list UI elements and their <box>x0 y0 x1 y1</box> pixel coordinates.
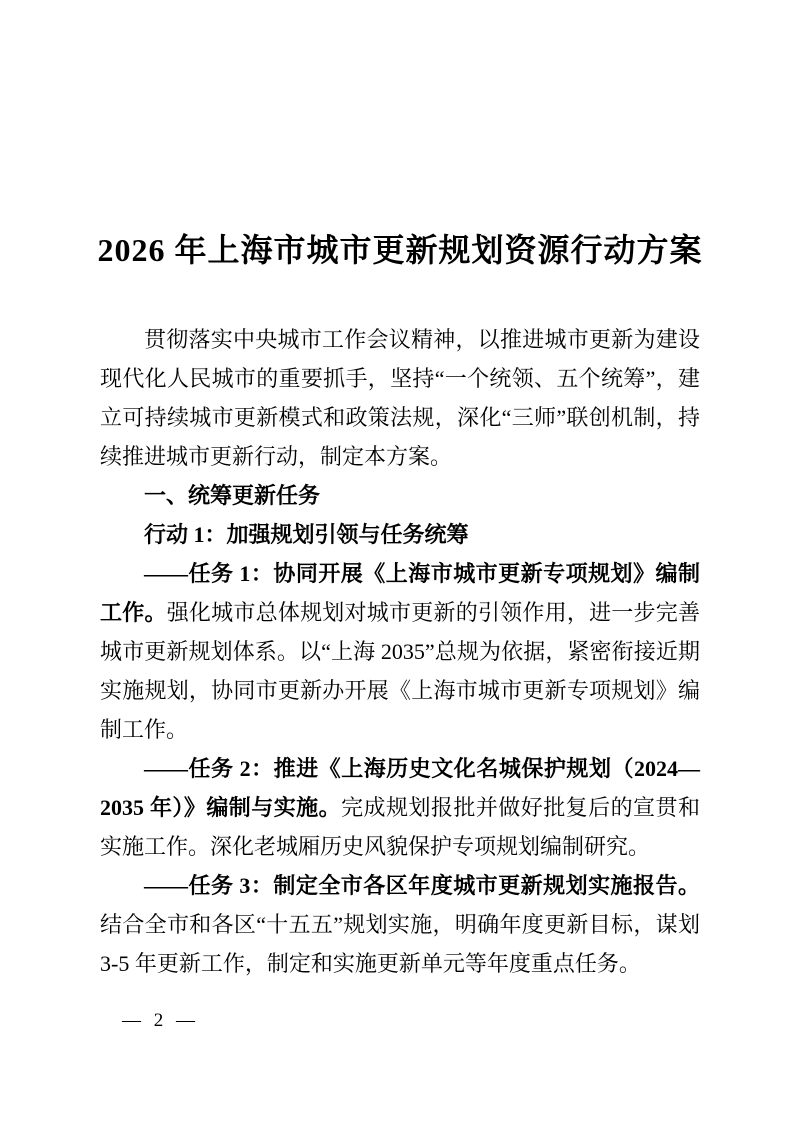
page-number: — 2 — <box>122 1008 199 1034</box>
task-1-body: 强化城市总体规划对城市更新的引领作用，进一步完善城市更新规划体系。以“上海 20… <box>100 600 700 742</box>
document-page: 2026 年上海市城市更新规划资源行动方案 贯彻落实中央城市工作会议精神，以推进… <box>0 0 800 1132</box>
task-paragraph-2: ——任务 2：推进《上海历史文化名城保护规划（2024—2035 年）》编制与实… <box>100 749 700 866</box>
task-paragraph-1: ——任务 1：协同开展《上海市城市更新专项规划》编制工作。强化城市总体规划对城市… <box>100 554 700 749</box>
document-title: 2026 年上海市城市更新规划资源行动方案 <box>0 228 800 272</box>
task-paragraph-3: ——任务 3：制定全市各区年度城市更新规划实施报告。结合全市和各区“十五五”规划… <box>100 866 700 983</box>
intro-paragraph: 贯彻落实中央城市工作会议精神，以推进城市更新为建设现代化人民城市的重要抓手，坚持… <box>100 320 700 476</box>
task-3-body: 结合全市和各区“十五五”规划实施，明确年度更新目标，谋划 3-5 年更新工作，制… <box>100 912 700 976</box>
section-heading: 一、统筹更新任务 <box>100 476 700 515</box>
task-3-label: ——任务 3：制定全市各区年度城市更新规划实施报告。 <box>144 873 700 898</box>
action-heading: 行动 1：加强规划引领与任务统筹 <box>100 515 700 554</box>
document-body: 贯彻落实中央城市工作会议精神，以推进城市更新为建设现代化人民城市的重要抓手，坚持… <box>100 320 700 983</box>
